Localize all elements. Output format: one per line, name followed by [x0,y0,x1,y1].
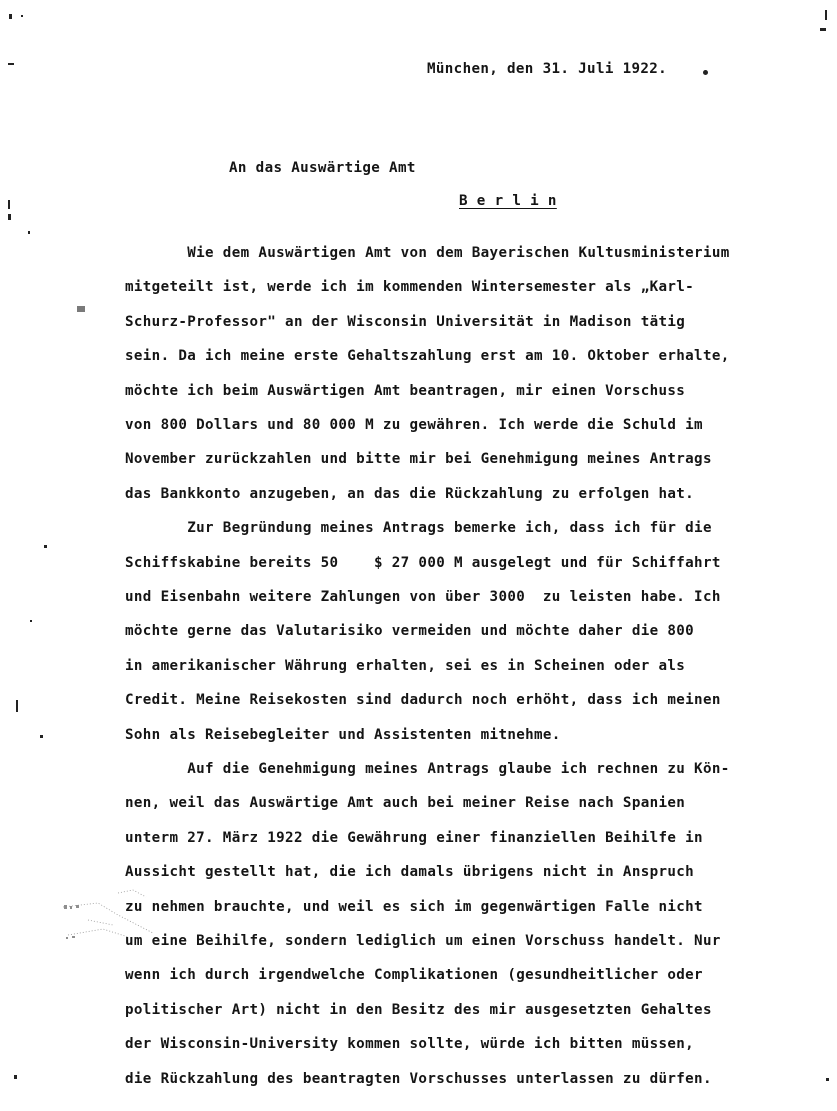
letter-body-line: das Bankkonto anzugeben, an das die Rück… [125,484,694,504]
letter-body-line: politischer Art) nicht in den Besitz des… [125,1000,712,1020]
letter-body-line: Schiffskabine bereits 50 $ 27 000 M ausg… [125,553,721,573]
letter-body-line: der Wisconsin-University kommen sollte, … [125,1034,694,1054]
letter-body-line: um eine Beihilfe, sondern lediglich um e… [125,931,721,951]
scan-speck [703,70,708,75]
letter-body-line: und Eisenbahn weitere Zahlungen von über… [125,587,721,607]
letter-body-line: mitgeteilt ist, werde ich im kommenden W… [125,277,694,297]
scan-speck [40,735,43,738]
letter-body-line: Sohn als Reisebegleiter und Assistenten … [125,725,561,745]
date-line: München, den 31. Juli 1922. [427,59,667,79]
letter-body-line: zu nehmen brauchte, und weil es sich im … [125,897,703,917]
scan-speck [8,214,11,220]
letter-body-line: unterm 27. März 1922 die Gewährung einer… [125,828,703,848]
letter-body-line: die Rückzahlung des beantragten Vorschus… [125,1069,712,1089]
scan-speck [16,700,18,712]
letter-body-line: Aussicht gestellt hat, die ich damals üb… [125,862,694,882]
recipient-line: An das Auswärtige Amt [229,158,416,178]
letter-body-line: nen, weil das Auswärtige Amt auch bei me… [125,793,685,813]
scan-speck [820,28,826,31]
letter-body-line: von 800 Dollars und 80 000 M zu gewähren… [125,415,703,435]
scan-speck [30,620,32,622]
scan-speck [44,545,47,548]
letter-body-line: sein. Da ich meine erste Gehaltszahlung … [125,346,730,366]
scan-speck [825,10,827,20]
letter-body-line: Wie dem Auswärtigen Amt von dem Bayerisc… [125,243,730,263]
scan-speck [21,15,23,17]
recipient-city: B e r l i n [459,191,557,211]
scan-speck [8,63,14,65]
letter-body-line: Credit. Meine Reisekosten sind dadurch n… [125,690,721,710]
letter-body-line: Zur Begründung meines Antrags bemerke ic… [125,518,712,538]
letter-body-line: November zurückzahlen und bitte mir bei … [125,449,712,469]
letter-body-line: in amerikanischer Währung erhalten, sei … [125,656,685,676]
scan-speck [8,200,10,209]
typewritten-letter-page: München, den 31. Juli 1922. An das Auswä… [0,0,837,1111]
scan-speck [14,1075,17,1079]
letter-body-line: Schurz-Professor" an der Wisconsin Unive… [125,312,685,332]
letter-body-line: möchte gerne das Valutarisiko vermeiden … [125,621,694,641]
scan-speck [77,306,85,312]
scan-speck [826,1078,829,1081]
faded-stamp-mark [58,885,178,955]
scan-speck [9,14,12,19]
scan-speck [28,231,30,234]
letter-body-line: möchte ich beim Auswärtigen Amt beantrag… [125,381,685,401]
letter-body-line: wenn ich durch irgendwelche Complikation… [125,965,703,985]
letter-body-line: Auf die Genehmigung meines Antrags glaub… [125,759,730,779]
